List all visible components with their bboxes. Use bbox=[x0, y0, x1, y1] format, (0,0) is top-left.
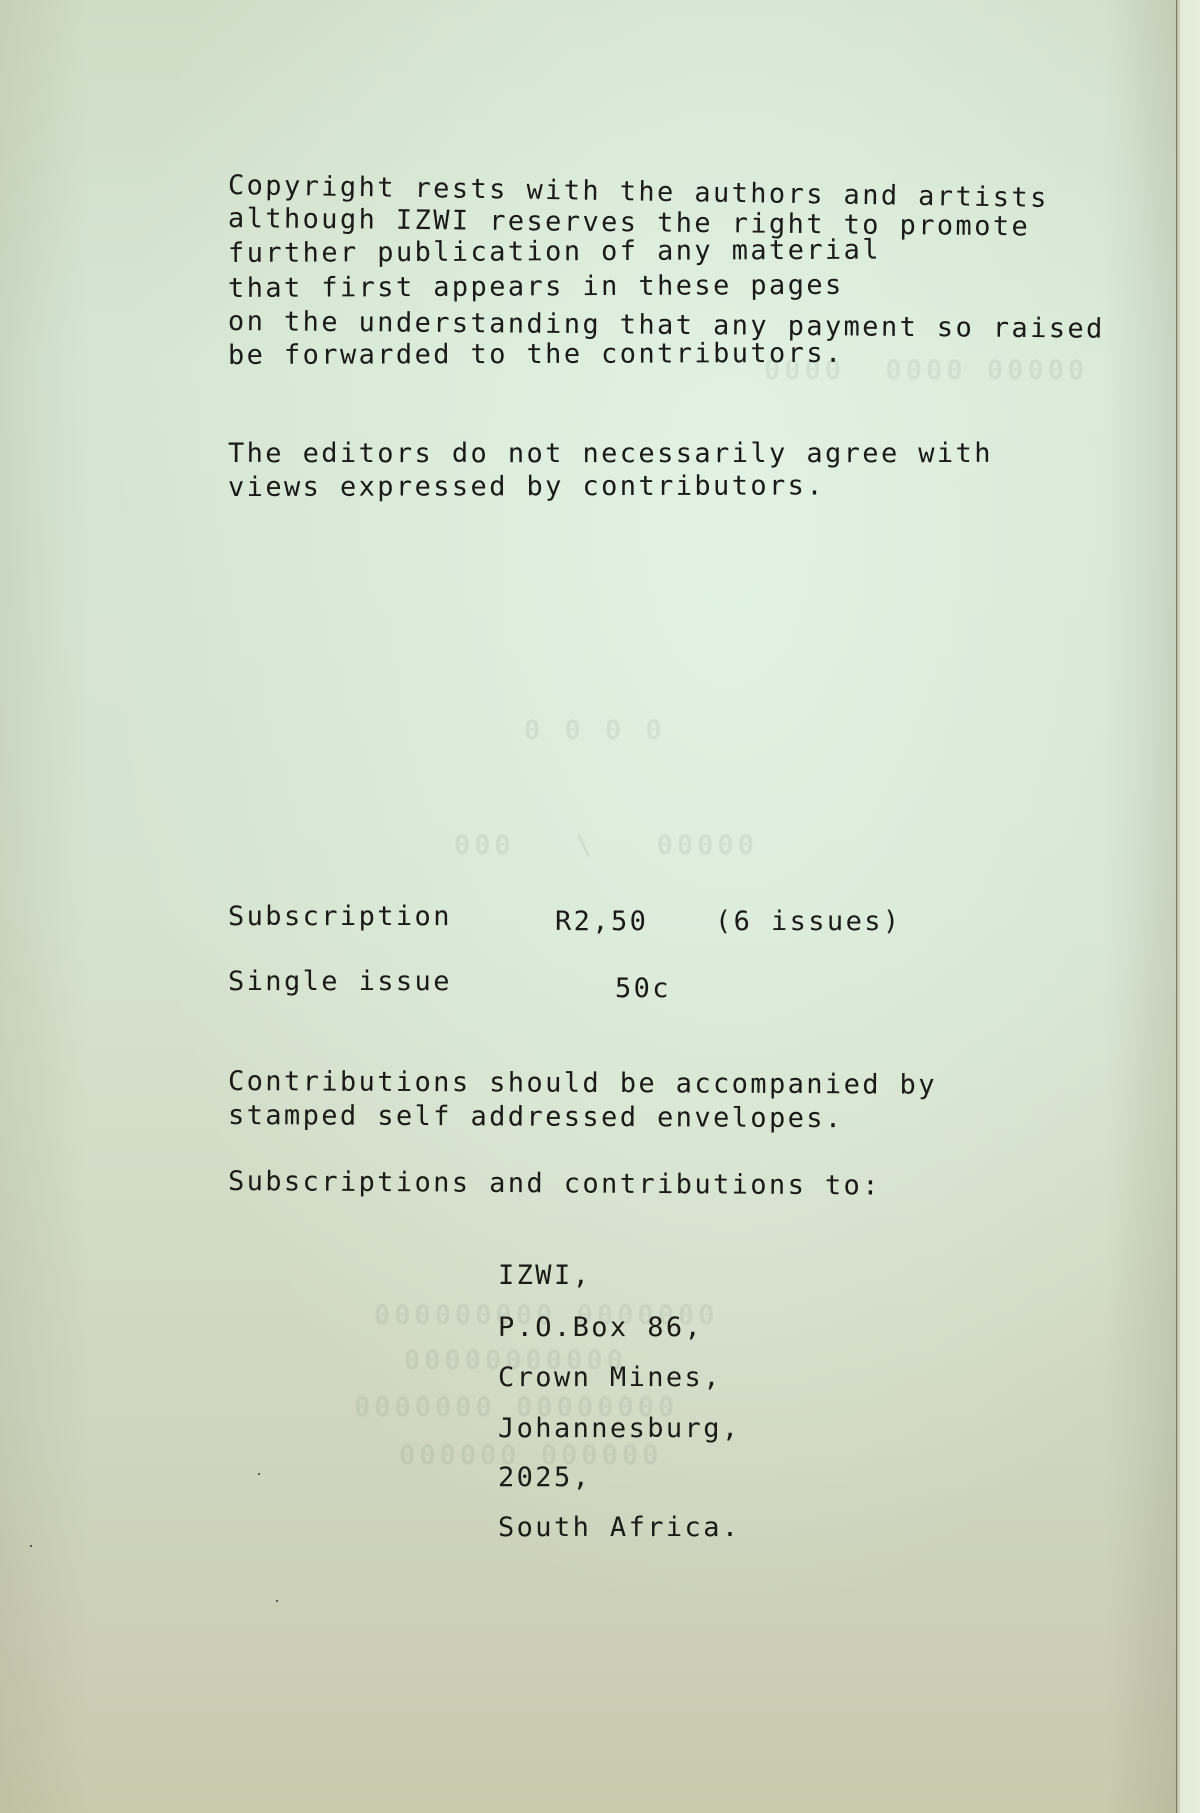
paper-speck bbox=[30, 1545, 32, 1547]
subscription-note: (6 issues) bbox=[715, 908, 902, 935]
address-line: Crown Mines, bbox=[498, 1364, 722, 1391]
show-through-text: 0 0 0 0 bbox=[520, 715, 662, 746]
address-line: P.O.Box 86, bbox=[498, 1314, 703, 1341]
address-line: 2025, bbox=[498, 1464, 591, 1491]
notice-line: be forwarded to the contributors. bbox=[228, 340, 844, 369]
single-issue-label: Single issue bbox=[228, 968, 452, 995]
paper-speck bbox=[276, 1600, 278, 1602]
notice-line: further publication of any material bbox=[228, 237, 881, 267]
notice-line: on the understanding that any payment so… bbox=[228, 308, 1105, 343]
contributions-line: stamped self addressed envelopes. bbox=[228, 1102, 844, 1132]
document-page: 00000 0000 0000 0 0 0 0 00000 / 000 0000… bbox=[0, 0, 1176, 1813]
address-line: South Africa. bbox=[498, 1514, 741, 1541]
address-intro: Subscriptions and contributions to: bbox=[228, 1168, 881, 1200]
adjacent-page-edge bbox=[1176, 0, 1200, 1813]
disclaimer-line: views expressed by contributors. bbox=[228, 472, 825, 501]
address-line: Johannesburg, bbox=[498, 1415, 741, 1442]
show-through-text: 00000 / 000 bbox=[450, 830, 754, 861]
paper-speck bbox=[258, 1473, 260, 1475]
contributions-line: Contributions should be accompanied by bbox=[228, 1068, 937, 1099]
disclaimer-line: The editors do not necessarily agree wit… bbox=[228, 440, 993, 467]
single-issue-price: 50c bbox=[615, 975, 671, 1002]
address-line: IZWI, bbox=[498, 1262, 591, 1289]
subscription-price: R2,50 bbox=[555, 908, 648, 935]
subscription-label: Subscription bbox=[228, 903, 452, 930]
notice-line: that first appears in these pages bbox=[228, 272, 844, 302]
